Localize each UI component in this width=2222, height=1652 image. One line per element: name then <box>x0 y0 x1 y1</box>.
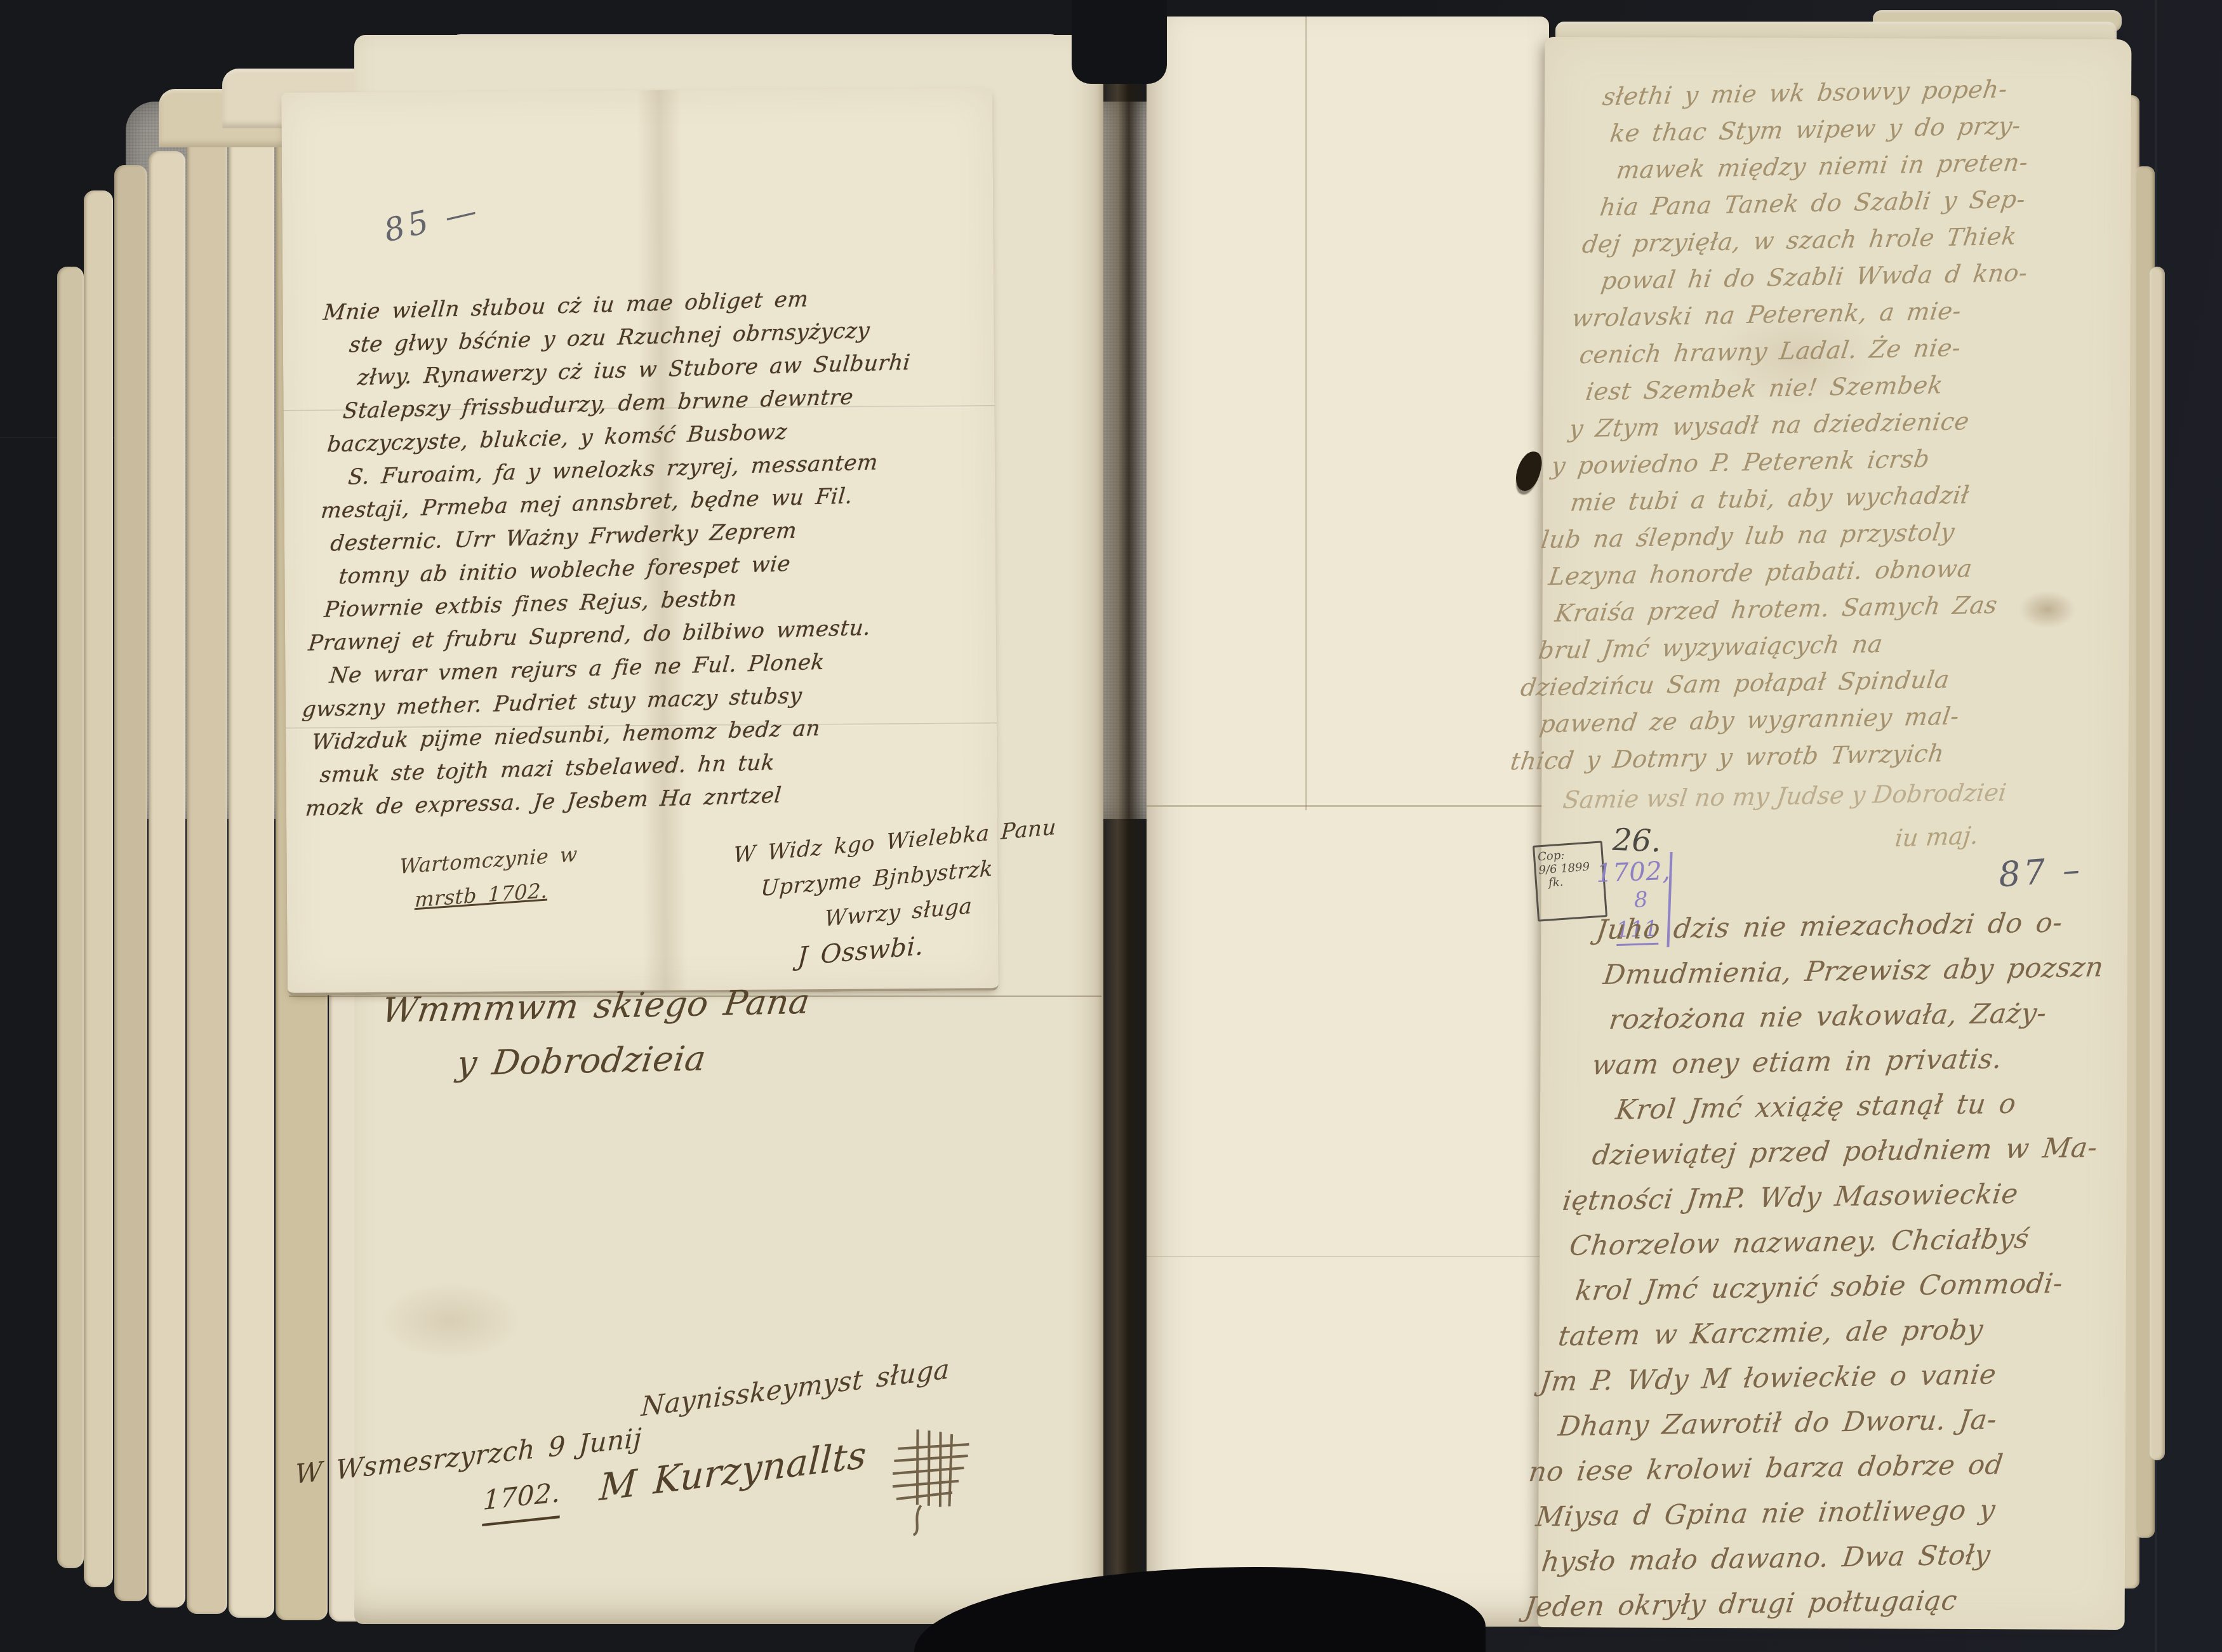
fold-crease <box>1147 805 1549 807</box>
handwriting-line: Jeden okryły drugi połtugaiąc <box>1522 1576 2099 1630</box>
page-edge <box>229 107 274 1618</box>
letter-margin-note: Wartomczynie wmrstb 1702. <box>397 837 578 918</box>
book-gutter-shadow <box>1097 13 1152 1627</box>
violet-note-line: 1702, <box>1596 857 1671 888</box>
stamp-line: fk. <box>1548 873 1600 890</box>
fold-crease <box>1147 1256 1549 1257</box>
letter-address-line: Wmmmwm skiego Panay Dobrodzieia <box>371 975 813 1093</box>
folio-number-right: 87 – <box>1997 849 2084 895</box>
right-page-heading-sub: iu maj. <box>1894 822 1980 853</box>
right-page-lower-text: Juho dzis nie miezachodzi do o-Dmudmieni… <box>1509 899 2183 1631</box>
handwriting-line: 1702. <box>482 1469 561 1526</box>
page-edge <box>187 127 227 1614</box>
handwriting-line: dziewiątej przed południem w Ma- <box>1590 1124 2155 1178</box>
handwriting-line: krol Jmć uczynić sobie Commodi- <box>1573 1260 2138 1314</box>
manuscript-book-photo: 85 — Mnie wielln słubou cż iu mae oblige… <box>0 0 2222 1652</box>
page-edge <box>57 267 84 1568</box>
letter-closing-text: W Widz kgo Wielebka PanuUprzyme Bjnbystr… <box>727 809 1057 981</box>
handwriting-line: Krol Jmć xxiążę stanął tu o <box>1613 1079 2161 1133</box>
handwriting-line: y Dobrodzieia <box>453 1029 806 1091</box>
page-edge <box>2150 267 2165 1460</box>
page-edge <box>114 165 147 1601</box>
page-edge <box>149 151 185 1608</box>
fold-crease <box>1305 17 1307 810</box>
page-edge <box>84 190 113 1587</box>
letter-body-text: Mnie wielln słubou cż iu mae obliget ems… <box>291 277 1027 826</box>
pencil-item-number: 26. <box>1612 822 1661 860</box>
center-blank-page <box>1147 17 1549 1627</box>
handwriting-line: Dmudmienia, Przewisz aby pozszn <box>1600 944 2178 998</box>
right-page-upper-text: słethi y mie wk bsowvy popeh-ke thac Sty… <box>1508 67 2189 780</box>
gutter-top-shadow <box>1072 0 1167 84</box>
handwriting-line: Wmmmwm skiego Pana <box>378 975 813 1038</box>
